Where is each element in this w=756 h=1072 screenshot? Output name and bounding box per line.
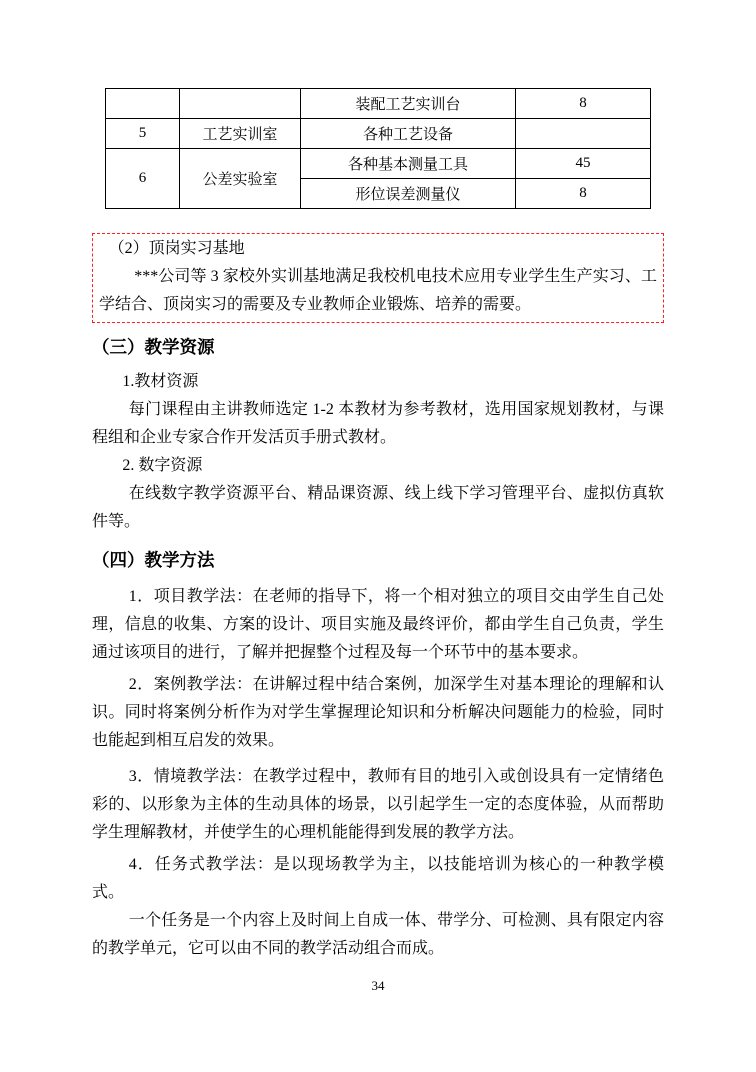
page-content: 装配工艺实训台 8 5 工艺实训室 各种工艺设备 6 公差实验室 各种基本测量工… (92, 88, 664, 963)
table-cell-index: 6 (106, 149, 180, 209)
highlight-box-title: （2）顶岗实习基地 (99, 235, 657, 263)
paragraph-digital-resources: 在线数字教学资源平台、精品课资源、线上线下学习管理平台、虚拟仿真软件等。 (92, 480, 664, 536)
highlight-box-body: ***公司等 3 家校外实训基地满足我校机电技术应用专业学生生产实习、工学结合、… (99, 263, 657, 319)
subitem-textbook-resources: 1.教材资源 (92, 368, 664, 396)
table-row: 装配工艺实训台 8 (106, 89, 651, 119)
table-cell-equipment: 各种工艺设备 (301, 119, 516, 149)
table-cell-equipment: 形位误差测量仪 (301, 179, 516, 209)
subitem-digital-resources: 2. 数字资源 (92, 452, 664, 480)
section-heading-teaching-resources: （三）教学资源 (92, 335, 664, 359)
table-cell-quantity: 45 (516, 149, 651, 179)
paragraph-case-method: 2．案例教学法：在讲解过程中结合案例，加深学生对基本理论的理解和认识。同时将案例… (92, 671, 664, 755)
table-cell-quantity: 8 (516, 89, 651, 119)
paragraph-textbook-resources: 每门课程由主讲教师选定 1-2 本教材为参考教材，选用国家规划教材，与课程组和企… (92, 396, 664, 452)
table-cell-room: 工艺实训室 (180, 119, 301, 149)
document-page: 装配工艺实训台 8 5 工艺实训室 各种工艺设备 6 公差实验室 各种基本测量工… (0, 0, 756, 1072)
paragraph-task-description: 一个任务是一个内容上及时间上自成一体、带学分、可检测、具有限定内容的教学单元，它… (92, 907, 664, 963)
table-cell-quantity (516, 119, 651, 149)
table-cell-index: 5 (106, 119, 180, 149)
paragraph-task-method: 4．任务式教学法：是以现场教学为主，以技能培训为核心的一种教学模式。 (92, 851, 664, 907)
table-cell-room (180, 89, 301, 119)
table-row: 6 公差实验室 各种基本测量工具 45 (106, 149, 651, 179)
page-number: 34 (0, 978, 756, 994)
paragraph-project-method: 1．项目教学法：在老师的指导下，将一个相对独立的项目交由学生自己处理，信息的收集… (92, 583, 664, 667)
table-cell-equipment: 装配工艺实训台 (301, 89, 516, 119)
section-heading-teaching-methods: （四）教学方法 (92, 548, 664, 572)
table-cell-room: 公差实验室 (180, 149, 301, 209)
highlight-box: （2）顶岗实习基地 ***公司等 3 家校外实训基地满足我校机电技术应用专业学生… (92, 233, 664, 323)
table-cell-quantity: 8 (516, 179, 651, 209)
equipment-table: 装配工艺实训台 8 5 工艺实训室 各种工艺设备 6 公差实验室 各种基本测量工… (105, 88, 651, 209)
paragraph-situational-method: 3．情境教学法：在教学过程中，教师有目的地引入或创设具有一定情绪色彩的、以形象为… (92, 763, 664, 847)
table-row: 5 工艺实训室 各种工艺设备 (106, 119, 651, 149)
table-cell-index (106, 89, 180, 119)
table-cell-equipment: 各种基本测量工具 (301, 149, 516, 179)
